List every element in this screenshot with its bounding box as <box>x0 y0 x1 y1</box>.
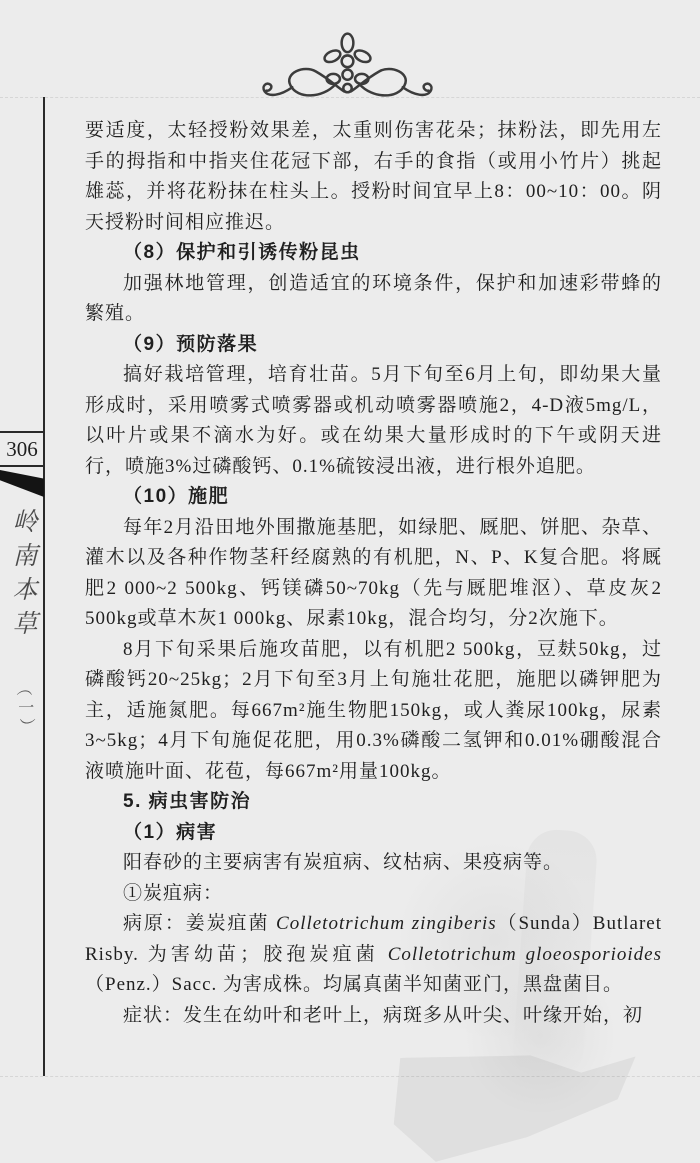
watermark-stone <box>385 1046 640 1163</box>
margin-vertical-rule <box>43 97 45 1076</box>
species-name-latin: Colletotrichum gloeosporioides <box>388 944 662 965</box>
paragraph: 8月下旬采果后施攻苗肥，以有机肥2 500kg，豆麸50kg，过磷酸钙20~25… <box>85 635 662 788</box>
page-number: 306 <box>0 431 44 467</box>
paragraph: 阳春砂的主要病害有炭疽病、纹枯病、果疫病等。 <box>85 848 662 879</box>
section-heading-8: （8）保护和引诱传粉昆虫 <box>85 238 662 269</box>
paragraph: ①炭疽病： <box>85 879 662 910</box>
paragraph: 加强林地管理，创造适宜的环境条件，保护和加速彩带蜂的繁殖。 <box>85 269 662 330</box>
spine-title-text: 岭南本草 <box>9 508 36 644</box>
paragraph: 搞好栽培管理，培育壮苗。5月下旬至6月上旬，即幼果大量形成时，采用喷雾式喷雾器或… <box>85 360 662 482</box>
section-heading-10: （10）施肥 <box>85 482 662 513</box>
pathogen-text: 病原：姜炭疽菌 <box>123 913 276 934</box>
page-body: 要适度，太轻授粉效果差，太重则伤害花朵；抹粉法，即先用左手的拇指和中指夹住花冠下… <box>85 116 662 1031</box>
thumb-index-wedge <box>0 470 44 497</box>
paragraph: 症状：发生在幼叶和老叶上，病斑多从叶尖、叶缘开始，初 <box>85 1001 662 1032</box>
spine-volume: （一） <box>14 680 31 737</box>
chapter-heading-5: 5. 病虫害防治 <box>85 787 662 818</box>
species-name-latin: Colletotrichum zingiberis <box>276 913 497 934</box>
flourish-ornament-icon <box>255 32 440 104</box>
paragraph: 每年2月沿田地外围撒施基肥，如绿肥、厩肥、饼肥、杂草、灌木以及各种作物茎秆经腐熟… <box>85 513 662 635</box>
bottom-scan-line <box>0 1076 700 1077</box>
scanned-book-page: { "colors": { "paper": "#ececec", "ink":… <box>0 0 700 1163</box>
spine-title: 岭南本草 （一） <box>4 508 40 748</box>
pathogen-text: （Penz.）Sacc. 为害成株。均属真菌半知菌亚门，黑盘菌目。 <box>85 974 623 995</box>
section-heading-9: （9）预防落果 <box>85 330 662 361</box>
paragraph: 要适度，太轻授粉效果差，太重则伤害花朵；抹粉法，即先用左手的拇指和中指夹住花冠下… <box>85 116 662 238</box>
section-heading-disease: （1）病害 <box>85 818 662 849</box>
paragraph-pathogen: 病原：姜炭疽菌 Colletotrichum zingiberis（Sunda）… <box>85 909 662 1001</box>
